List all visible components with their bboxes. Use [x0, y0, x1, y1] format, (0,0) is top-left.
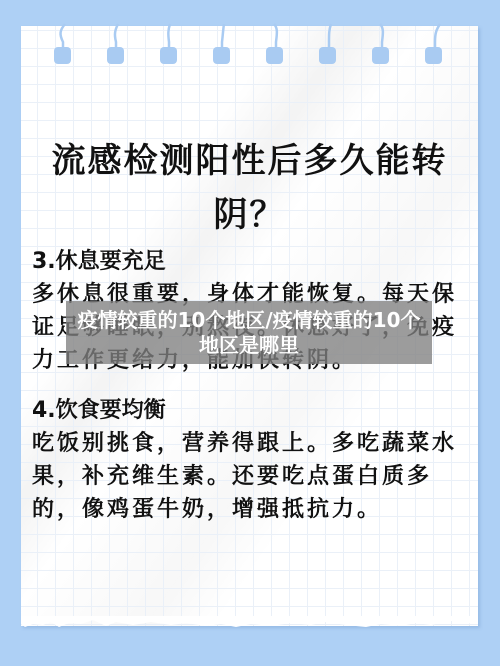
poster-title-line2: 阴？ [21, 188, 478, 242]
section-diet: 4.饮食要均衡 吃饭别挑食，营养得跟上。多吃蔬菜水果，补充维生素。还要吃点蛋白质… [32, 395, 462, 526]
binder-ring-icon [103, 20, 133, 65]
poster-title: 流感检测阳性后多久能转 阴？ [21, 134, 478, 242]
binder-ring-icon [315, 20, 345, 65]
torn-paper-edge [21, 616, 478, 636]
binder-ring-icon [262, 20, 292, 65]
section-heading: 3.休息要充足 [32, 246, 462, 278]
binder-ring-icon [50, 20, 80, 65]
overlay-banner-text[interactable]: 疫情较重的10个地区/疫情较重的10个地区是哪里 [66, 308, 432, 358]
overlay-banner[interactable]: 疫情较重的10个地区/疫情较重的10个地区是哪里 [66, 301, 432, 364]
binder-ring-icon [156, 20, 186, 65]
section-body: 吃饭别挑食，营养得跟上。多吃蔬菜水果，补充维生素。还要吃点蛋白质多的，像鸡蛋牛奶… [32, 427, 462, 526]
poster-title-line1: 流感检测阳性后多久能转 [21, 134, 478, 188]
section-heading: 4.饮食要均衡 [32, 395, 462, 427]
binder-ring-icon [209, 20, 239, 65]
binder-ring-icon [368, 20, 398, 65]
binder-ring-icon [421, 20, 451, 65]
